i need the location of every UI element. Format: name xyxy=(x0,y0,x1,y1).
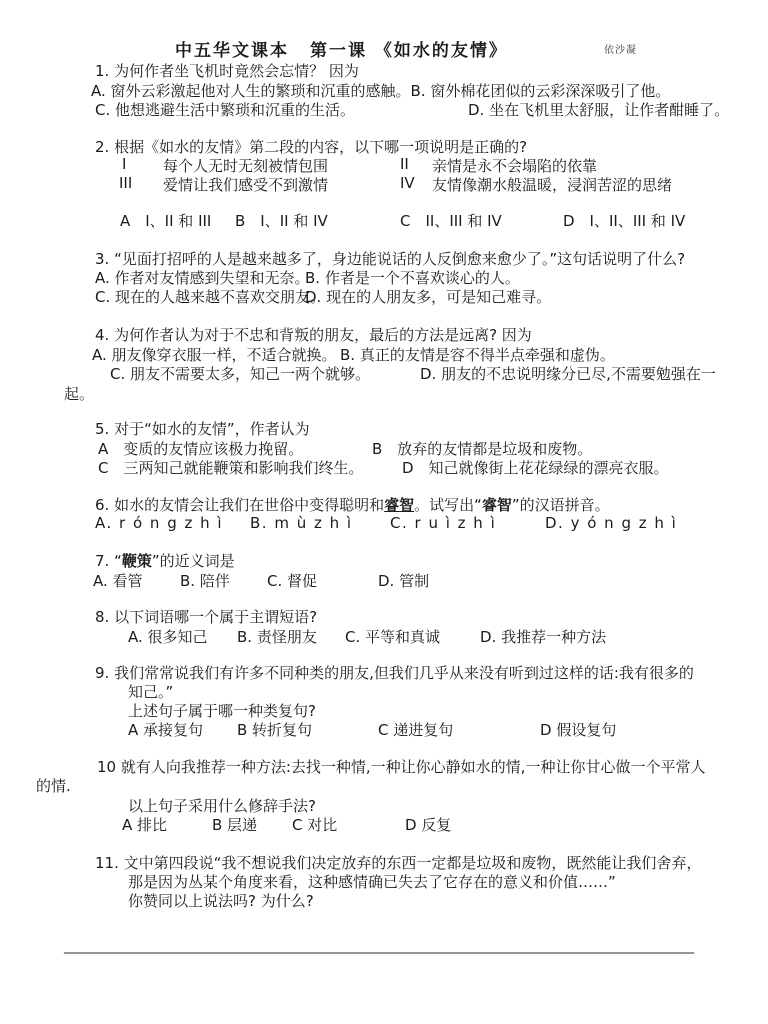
option-d: D. 管制 xyxy=(378,570,429,591)
text-line: 知己。” xyxy=(0,681,768,701)
item-ii: 亲情是永不会塌陷的依靠 xyxy=(432,155,597,176)
text-line: 5. 对于“如水的友情”，作者认为 xyxy=(0,418,768,438)
option-c: C 递进复句 xyxy=(378,719,453,740)
option-d-cont: 起。 xyxy=(64,383,94,404)
option-a: A. 朋友像穿衣服一样，不适合就换。 xyxy=(92,344,337,365)
option-b: B. 责怪朋友 xyxy=(237,626,317,647)
option-d: D 知己就像街上花花绿绿的漂亮衣服。 xyxy=(402,457,669,478)
option-c: C. 他想逃避生活中繁琐和沉重的生活。 xyxy=(95,99,355,120)
prompt: 8. 以下词语哪一个属于主谓短语? xyxy=(95,606,317,627)
text-line: A. 朋友像穿衣服一样，不适合就换。B. 真正的友情是容不得半点牵强和虚伪。 xyxy=(0,344,768,364)
option-c: C. 督促 xyxy=(267,570,317,591)
worksheet-page: 中五华文课本 第一课 《如水的友情》 依沙凝 1. 为何作者坐飞机时竟然会忘情？… xyxy=(0,0,768,1024)
item-iv: 友情像潮水般温暖，浸润苦涩的思绪 xyxy=(432,174,672,195)
text-line: 3. “见面打招呼的人是越来越多了，身边能说话的人反倒愈来愈少了。”这句话说明了… xyxy=(0,248,768,268)
header-line: 中五华文课本 第一课 《如水的友情》 依沙凝 xyxy=(0,36,768,56)
footer-line: ________________________________________… xyxy=(0,938,768,958)
prompt-part: 。试写出“ xyxy=(414,496,482,514)
option-b: B 层递 xyxy=(212,814,257,835)
text-line: A 变质的友情应该极力挽留。B 放弃的友情都是垃圾和废物。 xyxy=(0,438,768,458)
option-c: C 三两知己就能鞭策和影响我们终生。 xyxy=(98,457,363,478)
prompt-line-1: 9. 我们常常说我们有许多不同种类的朋友,但我们几乎从来没有听到过这样的话:我有… xyxy=(95,662,694,683)
option-b: B 转折复句 xyxy=(237,719,312,740)
item-i: 每个人无时无刻被情包围 xyxy=(163,155,328,176)
prompt: 2. 根据《如水的友情》第二段的内容，以下哪一项说明是正确的? xyxy=(95,136,527,157)
item-ii-label: II xyxy=(400,155,409,173)
prompt: 4. 为何作者认为对于不忠和背叛的朋友，最后的方法是远离? 因为 xyxy=(95,324,532,345)
term-ruizhi-underlined: 睿智 xyxy=(384,496,414,514)
text-line: 你赞同以上说法吗? 为什么? xyxy=(0,890,768,910)
text-line: 2. 根据《如水的友情》第二段的内容，以下哪一项说明是正确的? xyxy=(0,136,768,156)
option-c: C 对比 xyxy=(292,814,337,835)
option-a: A. 很多知己 xyxy=(128,626,208,647)
text-line: 4. 为何作者认为对于不忠和背叛的朋友，最后的方法是远离? 因为 xyxy=(0,324,768,344)
text-line: 10 就有人向我推荐一种方法:去找一种情,一种让你心静如水的情,一种让你甘心做一… xyxy=(0,756,768,776)
option-b: B. m ù z h ì xyxy=(250,514,353,532)
text-line: 6. 如水的友情会让我们在世俗中变得聪明和睿智。试写出“睿智”的汉语拼音。 xyxy=(0,494,768,514)
text-line: C. 他想逃避生活中繁琐和沉重的生活。D. 坐在飞机里太舒服，让作者酣睡了。 xyxy=(0,99,768,119)
option-a: A 变质的友情应该极力挽留。 xyxy=(98,438,303,459)
option-c: C. 平等和真诚 xyxy=(345,626,440,647)
term-biance: 鞭策 xyxy=(122,552,152,570)
option-a: A I、II 和 III xyxy=(120,210,211,231)
option-b: B I、II 和 IV xyxy=(235,210,328,231)
prompt-line-3: 上述句子属于哪一种类复句? xyxy=(128,700,316,721)
option-a: A. r ó n g z h ì xyxy=(95,514,223,532)
text-line: A 承接复句B 转折复句C 递进复句D 假设复句 xyxy=(0,719,768,739)
item-i-label: I xyxy=(122,155,126,173)
text-line: A. 很多知己B. 责怪朋友C. 平等和真诚D. 我推荐一种方法 xyxy=(0,626,768,646)
option-c: C. 朋友不需要太多，知己一两个就够。 xyxy=(110,363,370,384)
option-c: C. r u ì z h ì xyxy=(390,514,496,532)
option-a: A 承接复句 xyxy=(128,719,203,740)
option-b: B. 作者是一个不喜欢谈心的人。 xyxy=(305,267,520,288)
prompt-part: ”的汉语拼音。 xyxy=(512,496,610,514)
option-a: A 排比 xyxy=(122,814,167,835)
option-d: D. 朋友的不忠说明缘分已尽,不需要勉强在一 xyxy=(420,363,716,384)
answer-blank-line: ________________________________________… xyxy=(64,938,694,954)
option-a: A. 作者对友情感到失望和无奈。 xyxy=(95,267,310,288)
prompt-line-1: 10 就有人向我推荐一种方法:去找一种情,一种让你心静如水的情,一种让你甘心做一… xyxy=(97,756,705,777)
option-d: D I、II、III 和 IV xyxy=(563,210,685,231)
text-line: A I、II 和 IIIB I、II 和 IVC II、III 和 IVD I、… xyxy=(0,210,768,230)
prompt-line-3: 以上句子采用什么修辞手法? xyxy=(128,795,316,816)
prompt-line-2: 那是因为丛某个角度来看，这种感情确已失去了它存在的意义和价值……” xyxy=(128,871,616,892)
prompt-part: ”的近义词是 xyxy=(152,552,235,570)
text-line: 起。 xyxy=(0,383,768,403)
prompt-part: 6. 如水的友情会让我们在世俗中变得聪明和 xyxy=(95,496,384,514)
text-line: A. 窗外云彩激起他对人生的繁琐和沉重的感触。B. 窗外棉花团似的云彩深深吸引了… xyxy=(0,80,768,100)
item-iv-label: IV xyxy=(400,174,415,192)
option-d: D. 坐在飞机里太舒服，让作者酣睡了。 xyxy=(468,99,729,120)
option-b: B. 陪伴 xyxy=(180,570,230,591)
text-line: C. 朋友不需要太多，知己一两个就够。D. 朋友的不忠说明缘分已尽,不需要勉强在… xyxy=(0,363,768,383)
prompt: 1. 为何作者坐飞机时竟然会忘情？ 因为 xyxy=(95,60,359,81)
text-line: 那是因为丛某个角度来看，这种感情确已失去了它存在的意义和价值……” xyxy=(0,871,768,891)
text-line: 的情. xyxy=(0,775,768,795)
text-flow: 7. “鞭策”的近义词是 xyxy=(95,550,235,571)
author-name: 依沙凝 xyxy=(604,41,637,56)
item-iii: 爱情让我们感受不到激情 xyxy=(163,174,328,195)
option-c: C. 现在的人越来越不喜欢交朋友。 xyxy=(95,286,325,307)
text-line: 9. 我们常常说我们有许多不同种类的朋友,但我们几乎从来没有听到过这样的话:我有… xyxy=(0,662,768,682)
text-line: A. 作者对友情感到失望和无奈。B. 作者是一个不喜欢谈心的人。 xyxy=(0,267,768,287)
course-title: 中五华文课本 xyxy=(175,36,289,61)
prompt-line-3: 你赞同以上说法吗? 为什么? xyxy=(128,890,314,911)
text-line: 上述句子属于哪一种类复句? xyxy=(0,700,768,720)
prompt-line-1: 11. 文中第四段说“我不想说我们决定放弃的东西一定都是垃圾和废物，既然能让我们… xyxy=(95,852,701,873)
option-a: A. 看管 xyxy=(93,570,143,591)
text-line: C. 现在的人越来越不喜欢交朋友。D. 现在的人朋友多，可是知己难寻。 xyxy=(0,286,768,306)
option-d: D 反复 xyxy=(405,814,451,835)
text-line: 7. “鞭策”的近义词是 xyxy=(0,550,768,570)
option-d: D. 现在的人朋友多，可是知己难寻。 xyxy=(305,286,551,307)
option-d: D. 我推荐一种方法 xyxy=(480,626,606,647)
text-line: III爱情让我们感受不到激情IV友情像潮水般温暖，浸润苦涩的思绪 xyxy=(0,174,768,194)
text-line: 1. 为何作者坐飞机时竟然会忘情？ 因为 xyxy=(0,60,768,80)
text-line: I每个人无时无刻被情包围II亲情是永不会塌陷的依靠 xyxy=(0,155,768,175)
item-iii-label: III xyxy=(119,174,132,192)
text-line: A. 看管B. 陪伴C. 督促D. 管制 xyxy=(0,570,768,590)
option-c: C II、III 和 IV xyxy=(400,210,502,231)
option-b: B 放弃的友情都是垃圾和废物。 xyxy=(372,438,592,459)
text-flow: 6. 如水的友情会让我们在世俗中变得聪明和睿智。试写出“睿智”的汉语拼音。 xyxy=(95,494,610,515)
prompt-part: 7. “ xyxy=(95,552,122,570)
prompt: 5. 对于“如水的友情”，作者认为 xyxy=(95,418,310,439)
prompt-line-2: 知己。” xyxy=(128,681,173,702)
text-line: A. r ó n g z h ìB. m ù z h ìC. r u ì z h… xyxy=(0,514,768,534)
option-d: D. y ó n g z h ì xyxy=(545,514,677,532)
text-line: 以上句子采用什么修辞手法? xyxy=(0,795,768,815)
text-line: C 三两知己就能鞭策和影响我们终生。D 知己就像街上花花绿绿的漂亮衣服。 xyxy=(0,457,768,477)
term-ruizhi-quoted: 睿智 xyxy=(482,496,512,514)
options-ab: A. 窗外云彩激起他对人生的繁琐和沉重的感触。B. 窗外棉花团似的云彩深深吸引了… xyxy=(91,80,670,101)
option-d: D 假设复句 xyxy=(540,719,616,740)
text-line: A 排比B 层递C 对比D 反复 xyxy=(0,814,768,834)
option-b: B. 真正的友情是容不得半点牵强和虚伪。 xyxy=(340,344,615,365)
text-line: 11. 文中第四段说“我不想说我们决定放弃的东西一定都是垃圾和废物，既然能让我们… xyxy=(0,852,768,872)
prompt-line-2: 的情. xyxy=(36,775,71,796)
lesson-title: 第一课 《如水的友情》 xyxy=(310,36,508,61)
text-line: 8. 以下词语哪一个属于主谓短语? xyxy=(0,606,768,626)
prompt: 3. “见面打招呼的人是越来越多了，身边能说话的人反倒愈来愈少了。”这句话说明了… xyxy=(95,248,685,269)
